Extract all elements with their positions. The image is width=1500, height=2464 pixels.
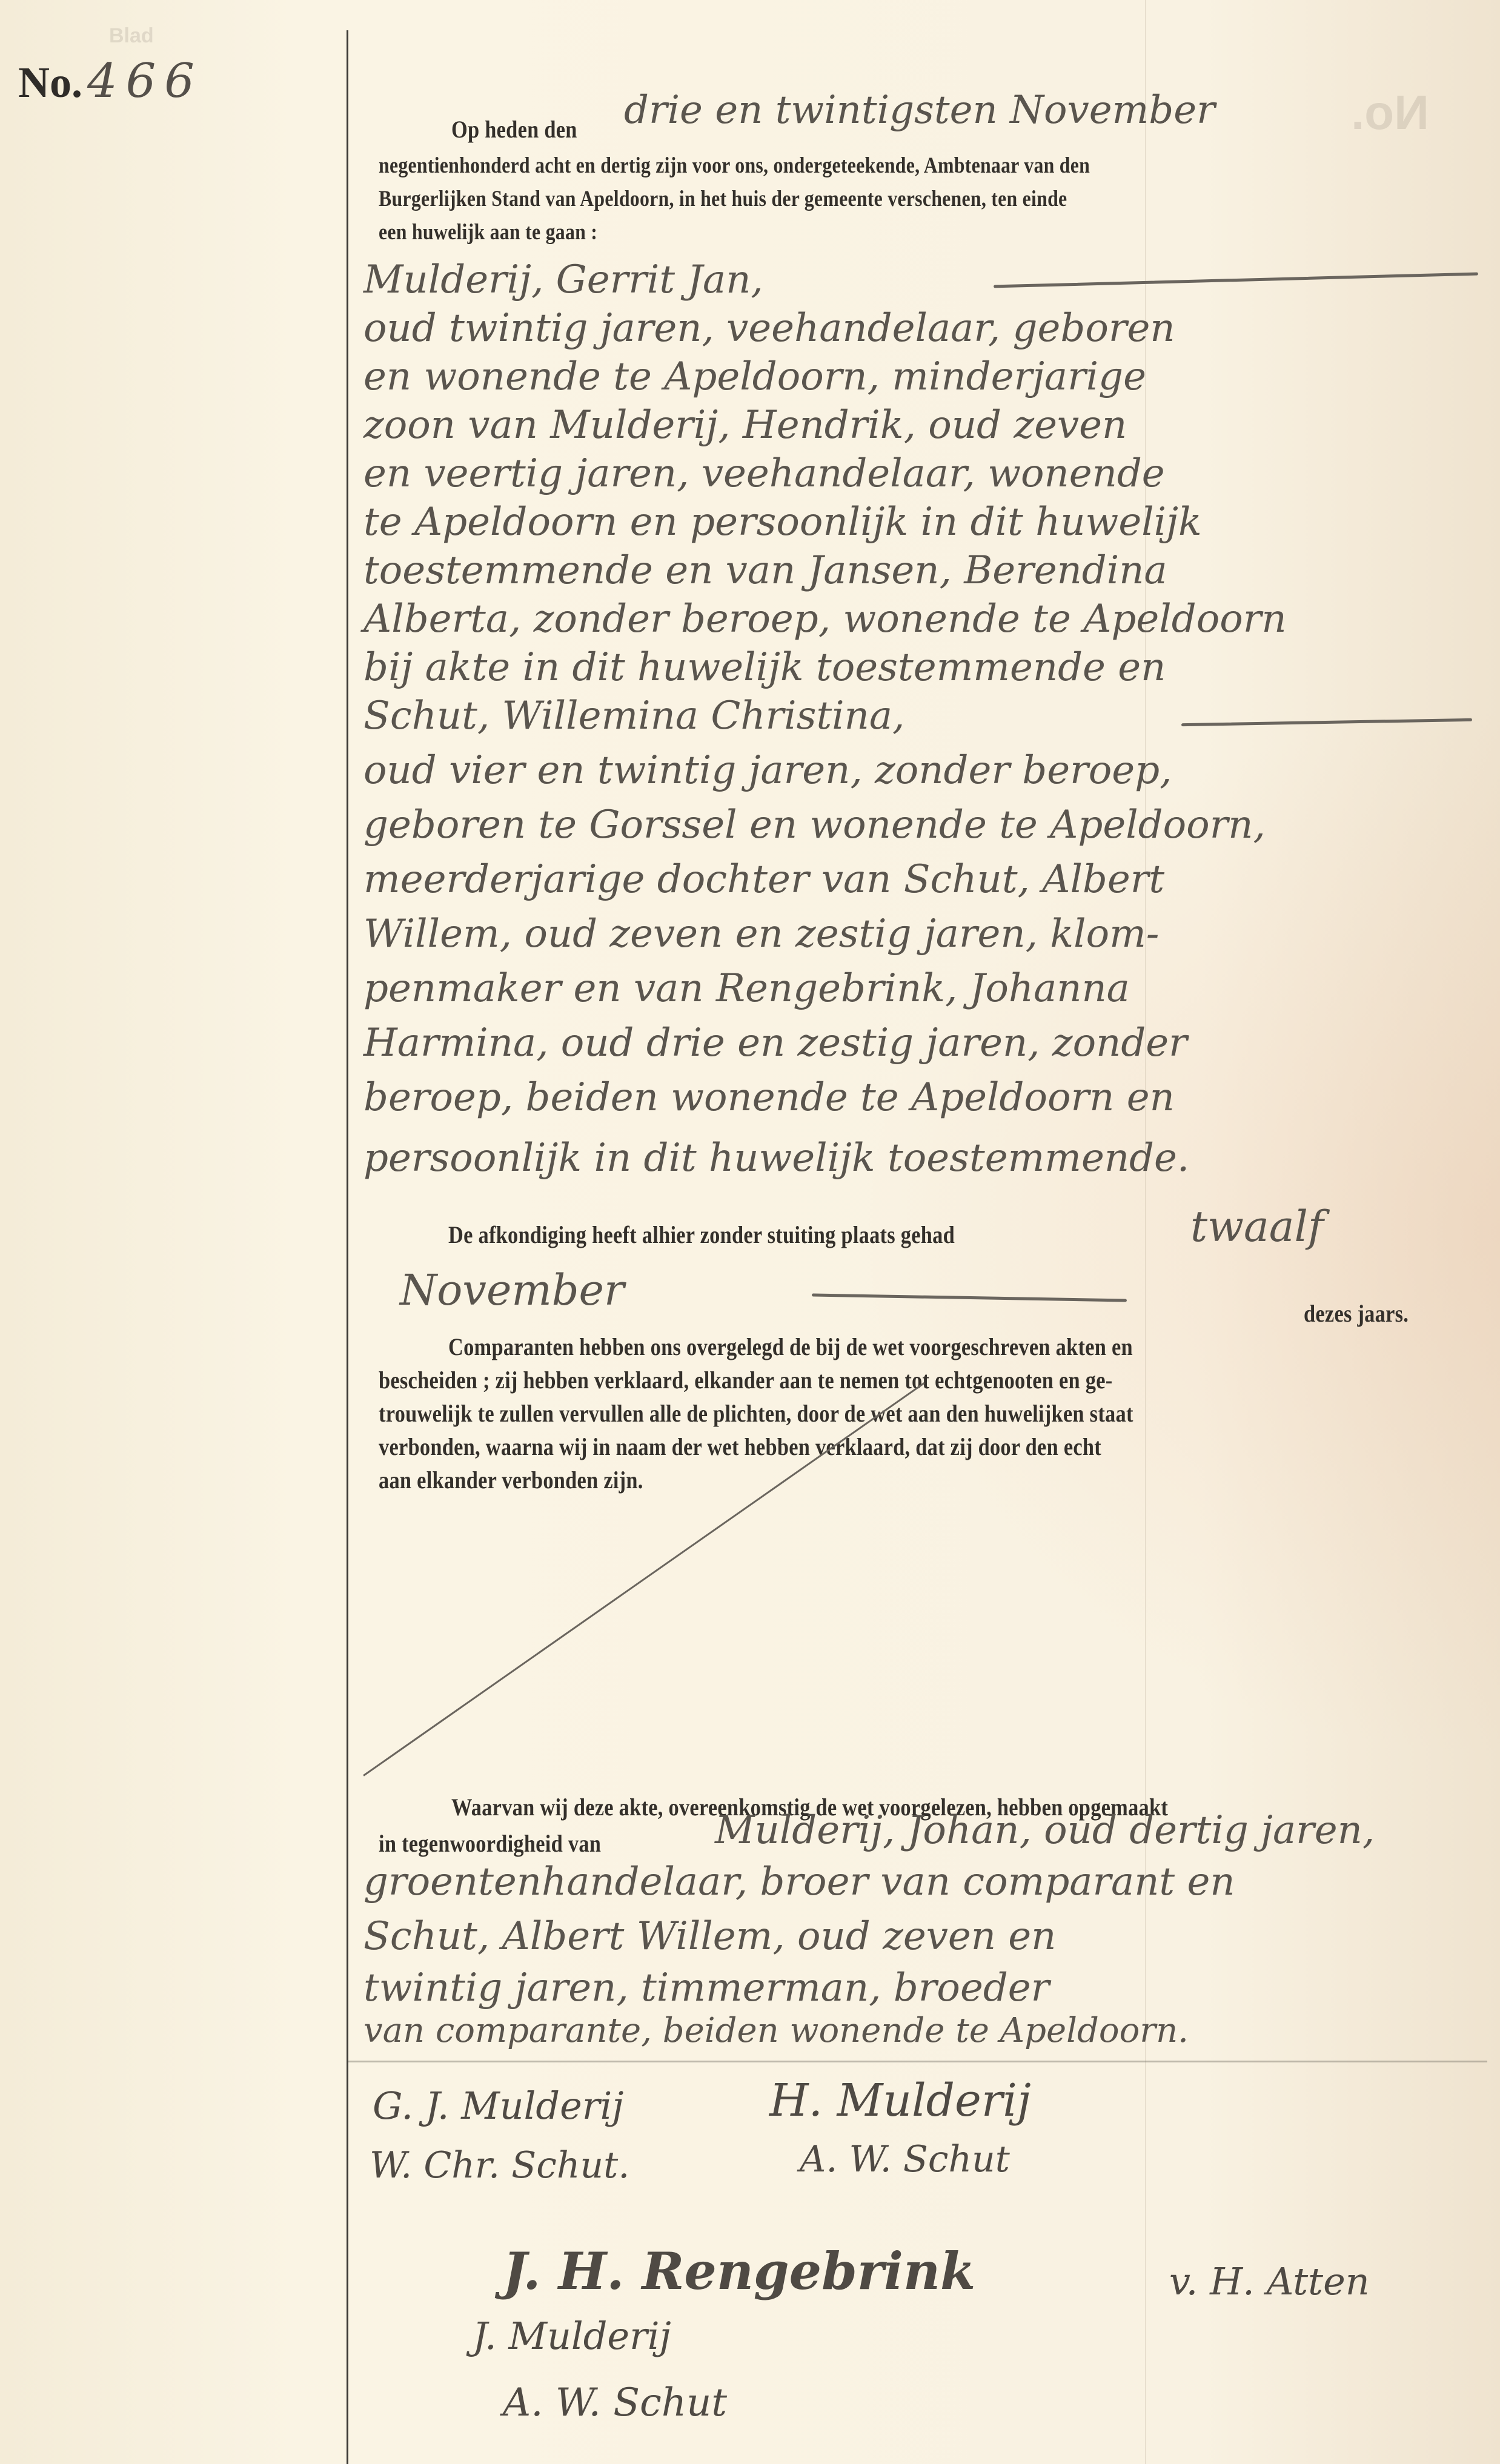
- party-line: oud twintig jaren, veehandelaar, geboren: [363, 309, 1175, 348]
- act-number-label: No.: [18, 58, 82, 107]
- witness-line: twintig jaren, timmerman, broeder: [363, 1969, 1049, 2007]
- declaration-line: trouwelijk te zullen vervullen alle de p…: [379, 1396, 1133, 1431]
- intro-line-2: negentienhonderd acht en dertig zijn voo…: [379, 148, 1090, 184]
- intro-line-4: een huwelijk aan te gaan :: [379, 215, 597, 250]
- margin-rule: [347, 30, 348, 2464]
- witness-line: groentenhandelaar, broer van comparant e…: [363, 1863, 1235, 1901]
- party-line: toestemmende en van Jansen, Berendina: [363, 551, 1167, 590]
- signature: J. Mulderij: [473, 2314, 671, 2358]
- signature: A. W. Schut: [800, 2138, 1010, 2181]
- party-line: en veertig jaren, veehandelaar, wonende: [363, 454, 1165, 493]
- party-line: te Apeldoorn en persoonlijk in dit huwel…: [363, 503, 1202, 541]
- party-line: zoon van Mulderij, Hendrik, oud zeven: [363, 406, 1127, 445]
- witness-intro-prefix: in tegenwoordigheid van: [379, 1826, 601, 1861]
- act-number-value: 466: [87, 54, 203, 108]
- party-line: Willem, oud zeven en zestig jaren, klom-: [363, 915, 1159, 953]
- proclamation-suffix: dezes jaars.: [1304, 1296, 1409, 1331]
- intro-prefix: Op heden den: [451, 112, 577, 147]
- signature: G. J. Mulderij: [373, 2084, 624, 2128]
- party-line: oud vier en twintig jaren, zonder beroep…: [363, 751, 1172, 790]
- party-line: penmaker en van Rengebrink, Johanna: [363, 969, 1130, 1008]
- party-line: geboren te Gorssel en wonende te Apeldoo…: [363, 806, 1266, 844]
- signature: A. W. Schut: [503, 2380, 727, 2425]
- declaration-line: verbonden, waarna wij in naam der wet he…: [379, 1429, 1101, 1465]
- party-line: meerderjarige dochter van Schut, Albert: [363, 860, 1164, 899]
- proclamation-prefix: De afkondiging heeft alhier zonder stuit…: [448, 1217, 955, 1253]
- witness-line: van comparante, beiden wonende te Apeldo…: [363, 2014, 1189, 2048]
- witness-line: Mulderij, Johan, oud dertig jaren,: [715, 1811, 1375, 1850]
- witness-line: Schut, Albert Willem, oud zeven en: [363, 1917, 1056, 1956]
- party-line: Harmina, oud drie en zestig jaren, zonde…: [363, 1024, 1187, 1062]
- declaration-line: bescheiden ; zij hebben verklaard, elkan…: [379, 1363, 1112, 1398]
- ghost-no-label: No.: [1351, 85, 1429, 141]
- party-line: beroep, beiden wonende te Apeldoorn en: [363, 1078, 1175, 1117]
- party-line: Schut, Willemina Christina,: [363, 697, 904, 735]
- party-line: bij akte in dit huwelijk toestemmende en: [363, 648, 1166, 687]
- party-line: Alberta, zonder beroep, wonende te Apeld…: [363, 600, 1287, 638]
- ghost-page-label: Blad: [109, 24, 154, 48]
- marriage-date: drie en twintigsten November: [624, 91, 1215, 130]
- signature-rule: [348, 2061, 1487, 2062]
- declaration-line: aan elkander verbonden zijn.: [379, 1463, 643, 1498]
- signature: W. Chr. Schut.: [370, 2144, 629, 2187]
- party-line: en wonende te Apeldoorn, minderjarige: [363, 357, 1146, 396]
- signature: H. Mulderij: [769, 2075, 1031, 2127]
- declaration-line: Comparanten hebben ons overgelegd de bij…: [448, 1330, 1133, 1365]
- signature: v. H. Atten: [1169, 2259, 1370, 2303]
- intro-line-3: Burgerlijken Stand van Apeldoorn, in het…: [379, 182, 1067, 217]
- party-line: persoonlijk in dit huwelijk toestemmende…: [363, 1139, 1189, 1177]
- signature: J. H. Rengebrink: [503, 2241, 975, 2301]
- party-line: Mulderij, Gerrit Jan,: [363, 260, 763, 299]
- proclamation-day: twaalf: [1190, 1205, 1324, 1248]
- act-number: No.466: [18, 58, 203, 108]
- proclamation-month: November: [400, 1269, 624, 1311]
